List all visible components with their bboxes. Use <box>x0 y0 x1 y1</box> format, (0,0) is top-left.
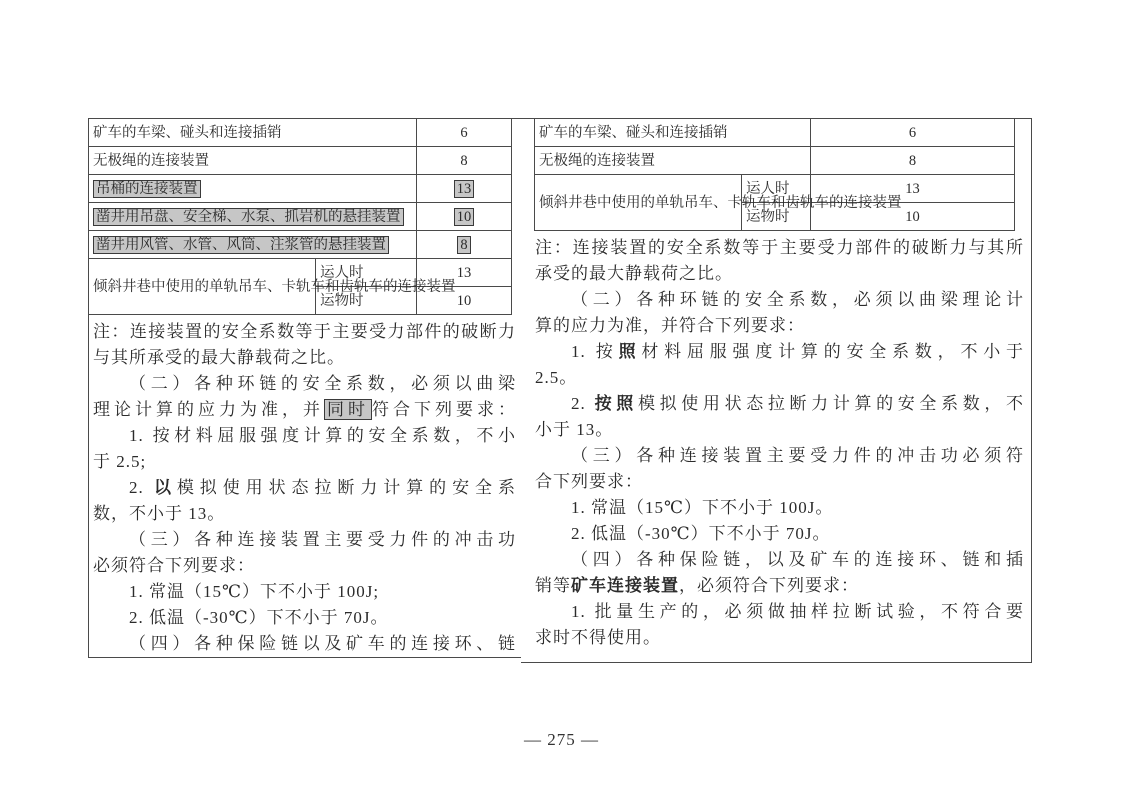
item-1-line: 1. 常温（15℃）下不小于 100J。 <box>535 495 1024 521</box>
table-cell-label: 矿车的车梁、碰头和连接插销 <box>535 119 811 147</box>
table-cell-value: 6 <box>417 119 512 147</box>
clause-3-line: 合下列要求： <box>535 469 1024 495</box>
right-column-text: 注：连接装置的安全系数等于主要受力部件的破断力与其所 承受的最大静载荷之比。 （… <box>521 231 1031 651</box>
table-cell-label: 矿车的车梁、碰头和连接插销 <box>89 119 417 147</box>
page-number: — 275 — <box>0 730 1123 750</box>
table-row: 倾斜井巷中使用的单轨吊车、卡轨车和齿轨车的连接装置 运人时 13 <box>89 259 512 287</box>
table-row: 凿井用吊盘、安全梯、水泵、抓岩机的悬挂装置 10 <box>89 203 512 231</box>
table-cell-label: 倾斜井巷中使用的单轨吊车、卡轨车和齿轨车的连接装置 <box>89 259 316 315</box>
condition-label: 运物时 <box>746 209 790 225</box>
condition-label: 运人时 <box>746 181 790 197</box>
clause-2-line: （二）各种环链的安全系数，必须以曲梁理论计 <box>535 287 1024 313</box>
item-1-line: 1. 按材料屈服强度计算的安全系数，不小 <box>93 423 516 449</box>
clause-3-line: 必须符合下列要求： <box>93 553 516 579</box>
item-2-line: 2. 低温（-30℃）下不小于 70J。 <box>535 521 1024 547</box>
inserted-bold-text: 以 <box>154 478 177 497</box>
table-row: 矿车的车梁、碰头和连接插销 6 <box>89 119 512 147</box>
table-row: 无极绳的连接装置 8 <box>89 147 512 175</box>
table-cell-label: 无极绳的连接装置 <box>89 147 417 175</box>
table-cell-label: 无极绳的连接装置 <box>535 147 811 175</box>
table-row: 无极绳的连接装置 8 <box>535 147 1015 175</box>
table-cell-value: 13 <box>417 175 512 203</box>
note-line: 与其所承受的最大静载荷之比。 <box>93 345 516 371</box>
clause-4-line: 销等矿车连接装置，必须符合下列要求： <box>535 573 1024 599</box>
row-value: 8 <box>909 153 916 169</box>
item-2-line: 数，不小于 13。 <box>93 501 516 527</box>
right-column: 矿车的车梁、碰头和连接插销 6 无极绳的连接装置 8 倾斜井巷中使用的单轨吊车、… <box>521 118 1032 663</box>
tracked-change-highlight: 10 <box>454 208 475 226</box>
item-1-line: 求时不得使用。 <box>535 625 1024 651</box>
tracked-change-highlight: 凿井用吊盘、安全梯、水泵、抓岩机的悬挂装置 <box>93 208 404 226</box>
condition-label: 运物时 <box>320 293 364 309</box>
item-1-line: 于 2.5; <box>93 449 516 475</box>
condition-label: 运人时 <box>320 265 364 281</box>
table-cell-value: 8 <box>811 147 1015 175</box>
note-line: 注：连接装置的安全系数等于主要受力部件的破断力 <box>93 319 516 345</box>
table-row: 吊桶的连接装置 13 <box>89 175 512 203</box>
table-cell-label: 倾斜井巷中使用的单轨吊车、卡轨车和齿轨车的连接装置 <box>535 175 742 231</box>
note-line: 承受的最大静载荷之比。 <box>535 261 1024 287</box>
item-1-line: 1. 按照材料屈服强度计算的安全系数，不小于 <box>535 339 1024 365</box>
table-cell-value: 6 <box>811 119 1015 147</box>
item-2-line: 2. 按照模拟使用状态拉断力计算的安全系数，不 <box>535 391 1024 417</box>
table-cell-label: 凿井用吊盘、安全梯、水泵、抓岩机的悬挂装置 <box>89 203 417 231</box>
row-value: 6 <box>460 125 467 141</box>
tracked-change-highlight: 同时 <box>324 399 372 420</box>
tracked-change-highlight: 13 <box>454 180 475 198</box>
item-2-line: 2. 低温（-30℃）下不小于 70J。 <box>93 605 516 631</box>
inserted-bold-text: 矿车连接装置 <box>571 576 679 595</box>
tracked-change-highlight: 吊桶的连接装置 <box>93 180 201 198</box>
table-row: 倾斜井巷中使用的单轨吊车、卡轨车和齿轨车的连接装置 运人时 13 <box>535 175 1015 203</box>
row-value: 10 <box>905 209 920 225</box>
item-2-line: 2. 以模拟使用状态拉断力计算的安全系 <box>93 475 516 501</box>
clause-3-line: （三）各种连接装置主要受力件的冲击功 <box>93 527 516 553</box>
document-page: 矿车的车梁、碰头和连接插销 6 无极绳的连接装置 8 吊桶的连接装置 13 凿井… <box>0 0 1123 794</box>
clause-2-line: 理论计算的应力为准，并同时符合下列要求： <box>93 397 516 423</box>
row-value: 13 <box>457 265 472 281</box>
item-2-line: 小于 13。 <box>535 417 1024 443</box>
tracked-change-highlight: 8 <box>457 236 470 254</box>
row-label: 矿车的车梁、碰头和连接插销 <box>93 125 282 141</box>
table-cell-value: 8 <box>417 147 512 175</box>
clause-4-line: （四）各种保险链，以及矿车的连接环、链和插 <box>535 547 1024 573</box>
clause-4-line: （四）各种保险链以及矿车的连接环、链 <box>93 631 516 657</box>
row-label: 倾斜井巷中使用的单轨吊车、卡轨车和齿轨车的连接装置 <box>539 195 902 211</box>
row-label: 矿车的车梁、碰头和连接插销 <box>539 125 728 141</box>
left-column-text: 注：连接装置的安全系数等于主要受力部件的破断力 与其所承受的最大静载荷之比。 （… <box>89 315 521 657</box>
note-line: 注：连接装置的安全系数等于主要受力部件的破断力与其所 <box>535 235 1024 261</box>
inserted-bold-text: 按照 <box>595 394 638 413</box>
row-label: 无极绳的连接装置 <box>539 153 655 169</box>
right-safety-factor-table: 矿车的车梁、碰头和连接插销 6 无极绳的连接装置 8 倾斜井巷中使用的单轨吊车、… <box>534 118 1015 231</box>
row-label: 倾斜井巷中使用的单轨吊车、卡轨车和齿轨车的连接装置 <box>93 279 456 295</box>
row-value: 10 <box>457 293 472 309</box>
table-row: 矿车的车梁、碰头和连接插销 6 <box>535 119 1015 147</box>
table-cell-label: 凿井用风管、水管、风筒、注浆管的悬挂装置 <box>89 231 417 259</box>
item-1-line: 2.5。 <box>535 365 1024 391</box>
table-cell-value: 10 <box>417 203 512 231</box>
table-row: 凿井用风管、水管、风筒、注浆管的悬挂装置 8 <box>89 231 512 259</box>
inserted-bold-text: 照 <box>619 342 642 361</box>
item-1-line: 1. 批量生产的，必须做抽样拉断试验，不符合要 <box>535 599 1024 625</box>
tracked-change-highlight: 凿井用风管、水管、风筒、注浆管的悬挂装置 <box>93 236 389 254</box>
clause-3-line: （三）各种连接装置主要受力件的冲击功必须符 <box>535 443 1024 469</box>
row-value: 6 <box>909 125 916 141</box>
clause-2-line: （二）各种环链的安全系数，必须以曲梁 <box>93 371 516 397</box>
clause-2-line: 算的应力为准，并符合下列要求： <box>535 313 1024 339</box>
table-cell-label: 吊桶的连接装置 <box>89 175 417 203</box>
row-value: 13 <box>905 181 920 197</box>
row-label: 无极绳的连接装置 <box>93 153 209 169</box>
left-column: 矿车的车梁、碰头和连接插销 6 无极绳的连接装置 8 吊桶的连接装置 13 凿井… <box>88 118 522 658</box>
left-safety-factor-table: 矿车的车梁、碰头和连接插销 6 无极绳的连接装置 8 吊桶的连接装置 13 凿井… <box>88 118 512 315</box>
table-cell-value: 8 <box>417 231 512 259</box>
row-value: 8 <box>460 153 467 169</box>
item-1-line: 1. 常温（15℃）下不小于 100J; <box>93 579 516 605</box>
